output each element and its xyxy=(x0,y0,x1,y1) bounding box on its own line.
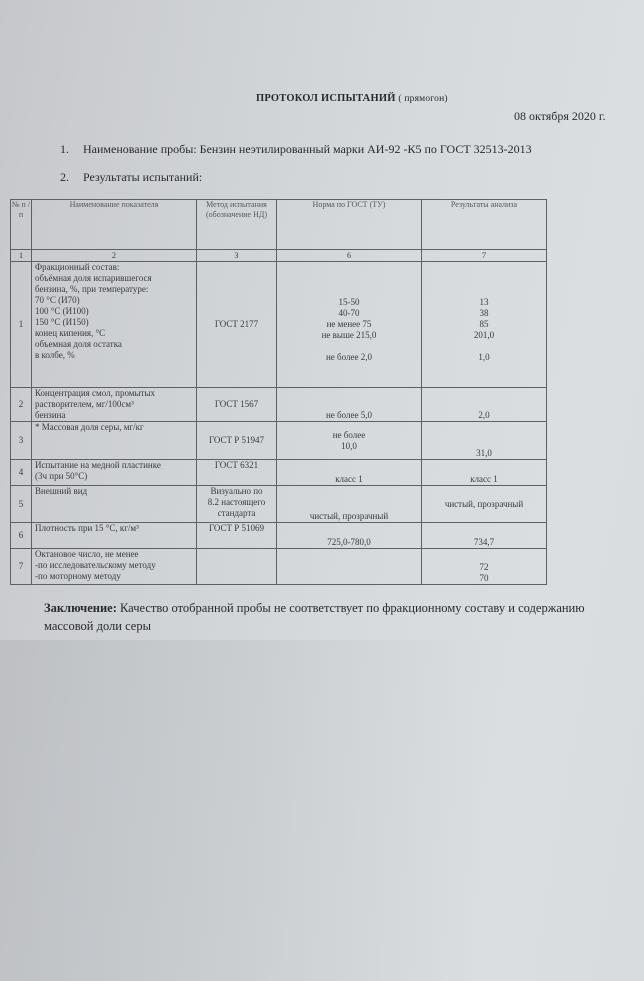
title-note: ( прямогон) xyxy=(398,94,447,104)
result-value: 133885201,0 1,0 xyxy=(422,262,547,388)
parameter-name: * Массовая доля серы, мг/кг xyxy=(32,422,197,460)
table-header-row: № п / п Наименование показателя Метод ис… xyxy=(11,200,547,250)
parameter-name: Плотность при 15 °С, кг/м³ xyxy=(32,523,197,549)
row-index: 3 xyxy=(11,422,32,460)
conclusion: Заключение: Качество отобранной пробы не… xyxy=(44,599,604,635)
norm-value: не более 5,0 xyxy=(277,388,422,422)
table-row: 3* Массовая доля серы, мг/кгГОСТ Р 51947… xyxy=(11,422,547,460)
norm-value: 725,0-780,0 xyxy=(277,523,422,549)
photo-shadow xyxy=(0,640,644,981)
table-row: 5Внешний видВизуально по8.2 настоящегост… xyxy=(11,486,547,523)
result-value: 2,0 xyxy=(422,388,547,422)
row-index: 6 xyxy=(11,523,32,549)
norm-value: 15-5040-70не менее 75не выше 215,0 не бо… xyxy=(277,262,422,388)
parameter-name: Внешний вид xyxy=(32,486,197,523)
row-index: 4 xyxy=(11,460,32,486)
header-method: Метод испытания (обозначение НД) xyxy=(197,200,277,250)
results-table: № п / п Наименование показателя Метод ис… xyxy=(10,199,547,585)
test-method: ГОСТ 2177 xyxy=(197,262,277,388)
result-value: класс 1 xyxy=(422,460,547,486)
test-method: Визуально по8.2 настоящегостандарта xyxy=(197,486,277,523)
conclusion-text: Качество отобранной пробы не соответству… xyxy=(44,601,585,633)
header-parameter: Наименование показателя xyxy=(32,200,197,250)
test-method: ГОСТ 1567 xyxy=(197,388,277,422)
result-value: 31,0 xyxy=(422,422,547,460)
header-norm: Норма по ГОСТ (ТУ) xyxy=(277,200,422,250)
table-row: 7Октановое число, не менее-по исследоват… xyxy=(11,549,547,585)
result-value: 734,7 xyxy=(422,523,547,549)
parameter-name: Фракционный состав:объёмная доля испарив… xyxy=(32,262,197,388)
test-method: ГОСТ Р 51947 xyxy=(197,422,277,460)
protocol-title: ПРОТОКОЛ ИСПЫТАНИЙ ( прямогон) xyxy=(256,93,448,104)
table-row: 6Плотность при 15 °С, кг/м³ГОСТ Р 510697… xyxy=(11,523,547,549)
header-number: № п / п xyxy=(11,200,32,250)
test-method xyxy=(197,549,277,585)
column-number-row: 1 2 3 6 7 xyxy=(11,250,547,262)
header-result: Результаты анализа xyxy=(422,200,547,250)
row-index: 5 xyxy=(11,486,32,523)
conclusion-label: Заключение: xyxy=(44,601,117,615)
row-index: 7 xyxy=(11,549,32,585)
row-index: 2 xyxy=(11,388,32,422)
table-row: 1Фракционный состав:объёмная доля испари… xyxy=(11,262,547,388)
results-heading-item: 2.Результаты испытаний: xyxy=(60,170,202,185)
table-row: 2Концентрация смол, промытыхрастворителе… xyxy=(11,388,547,422)
test-method: ГОСТ Р 51069 xyxy=(197,523,277,549)
parameter-name: Концентрация смол, промытыхрастворителем… xyxy=(32,388,197,422)
norm-value xyxy=(277,549,422,585)
sample-name-item: 1.Наименование пробы: Бензин неэтилирова… xyxy=(60,142,532,157)
norm-value: чистый, прозрачный xyxy=(277,486,422,523)
result-value: чистый, прозрачный xyxy=(422,486,547,523)
row-index: 1 xyxy=(11,262,32,388)
protocol-date: 08 октября 2020 г. xyxy=(514,109,605,124)
test-method: ГОСТ 6321 xyxy=(197,460,277,486)
table-row: 4Испытание на медной пластинке(3ч при 50… xyxy=(11,460,547,486)
result-value: 7270 xyxy=(422,549,547,585)
parameter-name: Октановое число, не менее-по исследовате… xyxy=(32,549,197,585)
norm-value: класс 1 xyxy=(277,460,422,486)
parameter-name: Испытание на медной пластинке(3ч при 50°… xyxy=(32,460,197,486)
norm-value: не более10,0 xyxy=(277,422,422,460)
title-text: ПРОТОКОЛ ИСПЫТАНИЙ xyxy=(256,93,396,104)
